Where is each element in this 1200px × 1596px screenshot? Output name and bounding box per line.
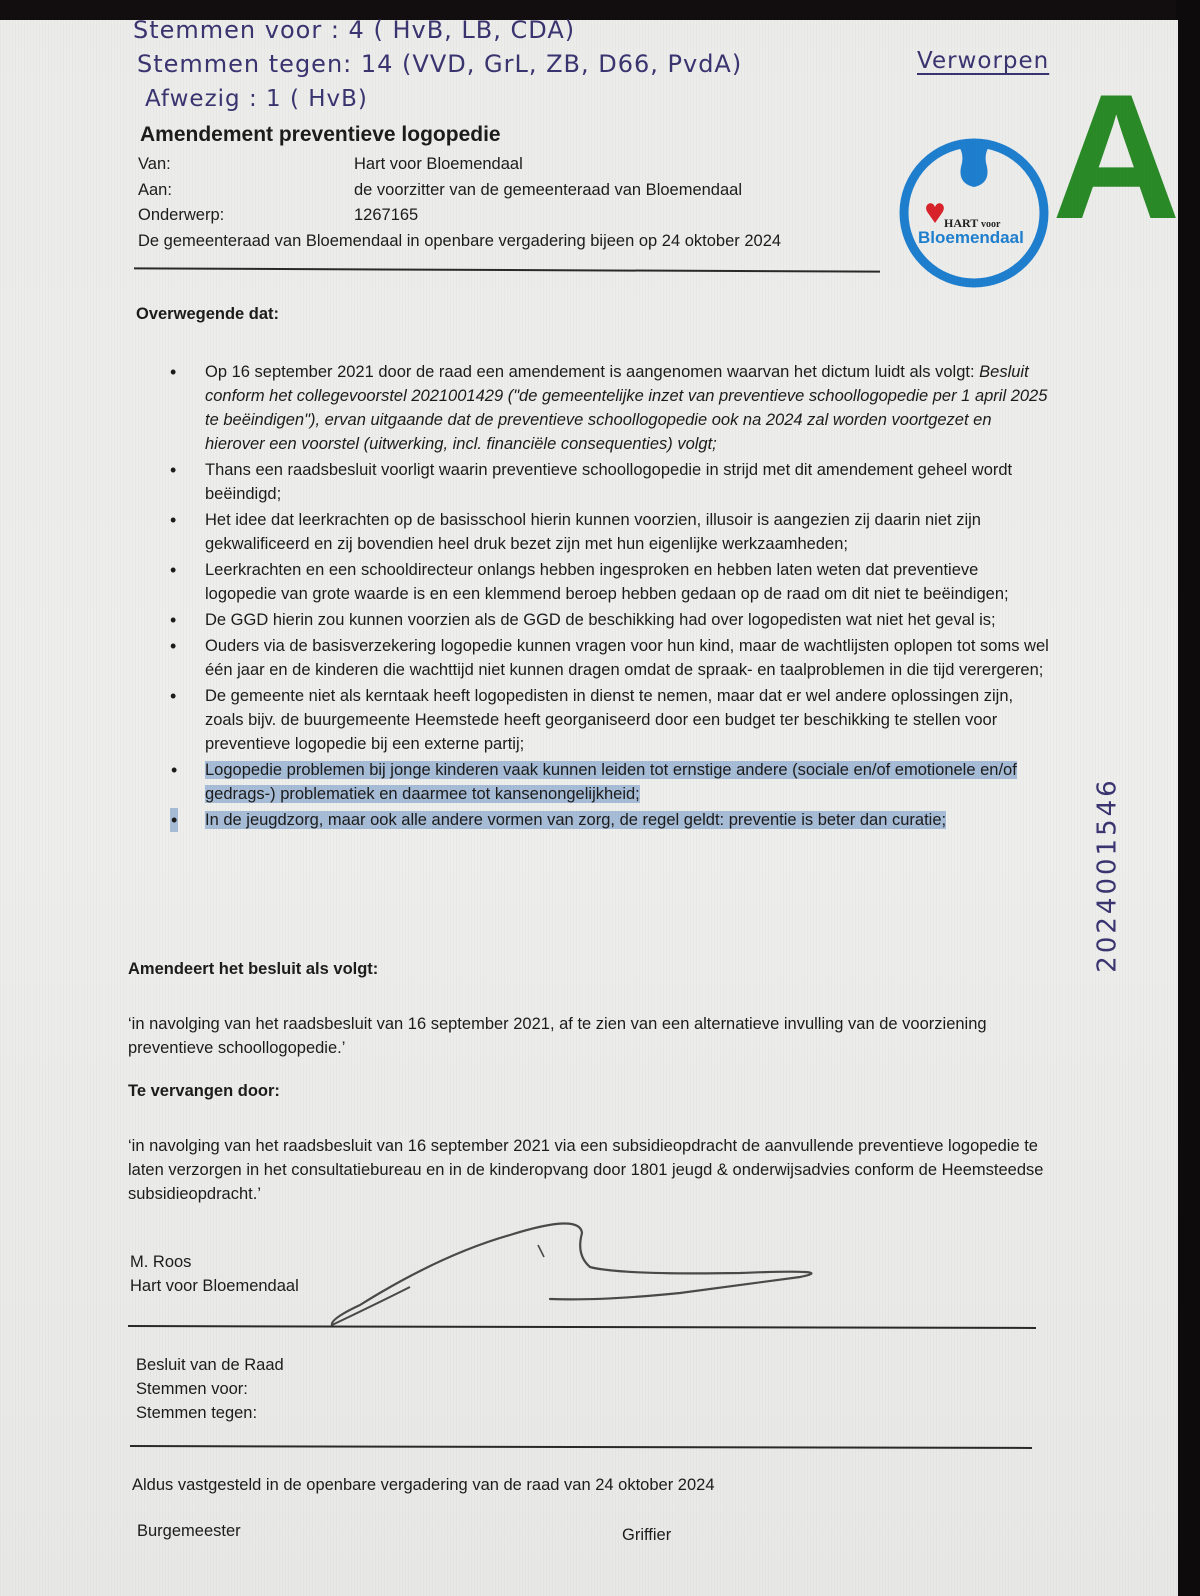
party-logo: HART voor Bloemendaal bbox=[898, 137, 1050, 289]
clerk-signature-label: Griffier bbox=[622, 1526, 671, 1545]
handwritten-verdict: Verworpen bbox=[917, 48, 1049, 74]
list-item: Thans een raadsbesluit voorligt waarin p… bbox=[170, 458, 1050, 506]
decision-votes-against: Stemmen tegen: bbox=[136, 1401, 284, 1425]
field-van: Van: Hart voor Bloemendaal bbox=[138, 152, 781, 178]
list-item: Het idee dat leerkrachten op de basissch… bbox=[170, 508, 1050, 556]
list-item: Op 16 september 2021 door de raad een am… bbox=[170, 360, 1050, 456]
field-onderwerp: Onderwerp: 1267165 bbox=[138, 203, 781, 229]
decision-title: Besluit van de Raad bbox=[136, 1353, 284, 1377]
header-fields: Van: Hart voor Bloemendaal Aan: de voorz… bbox=[138, 152, 781, 254]
field-label: Aan: bbox=[138, 178, 354, 204]
signer-name: M. Roos bbox=[130, 1250, 299, 1274]
replacement-heading: Te vervangen door: bbox=[128, 1082, 280, 1101]
handwritten-votes-against: Stemmen tegen: 14 (VVD, GrL, ZB, D66, Pv… bbox=[137, 50, 742, 78]
document-page: Stemmen voor : 4 ( HvB, LB, CDA) Stemmen… bbox=[0, 20, 1178, 1596]
amendment-heading: Amendeert het besluit als volgt: bbox=[128, 960, 378, 979]
signer-party: Hart voor Bloemendaal bbox=[130, 1274, 299, 1298]
list-item: Leerkrachten en een schooldirecteur onla… bbox=[170, 558, 1050, 606]
considerations-heading: Overwegende dat: bbox=[136, 305, 279, 324]
list-item: De GGD hierin zou kunnen voorzien als de… bbox=[170, 608, 1050, 632]
mayor-signature-label: Burgemeester bbox=[137, 1522, 241, 1541]
field-label: Onderwerp: bbox=[138, 203, 354, 229]
field-aan: Aan: de voorzitter van de gemeenteraad v… bbox=[138, 178, 781, 204]
field-value: Hart voor Bloemendaal bbox=[354, 152, 523, 178]
svg-text:Bloemendaal: Bloemendaal bbox=[918, 228, 1024, 247]
divider bbox=[134, 267, 880, 272]
field-value: 1267165 bbox=[354, 203, 418, 229]
handwritten-registration-number: 2024001546 bbox=[1093, 777, 1123, 972]
list-item-highlighted[interactable]: In de jeugdzorg, maar ook alle andere vo… bbox=[170, 808, 1050, 832]
signer-block: M. Roos Hart voor Bloemendaal bbox=[130, 1250, 299, 1298]
list-item-highlighted[interactable]: Logopedie problemen bij jonge kinderen v… bbox=[170, 758, 1050, 806]
adoption-statement: Aldus vastgesteld in de openbare vergade… bbox=[132, 1476, 715, 1495]
considerations-list: Op 16 september 2021 door de raad een am… bbox=[170, 360, 1050, 834]
field-value: de voorzitter van de gemeenteraad van Bl… bbox=[354, 178, 742, 204]
divider bbox=[130, 1445, 1032, 1449]
drop-icon bbox=[956, 141, 992, 187]
field-label: Van: bbox=[138, 152, 354, 178]
attachment-letter-badge: A bbox=[1052, 68, 1181, 246]
replacement-text: ‘in navolging van het raadsbesluit van 1… bbox=[128, 1134, 1048, 1206]
original-text: ‘in navolging van het raadsbesluit van 1… bbox=[128, 1012, 1018, 1060]
meeting-line: De gemeenteraad van Bloemendaal in openb… bbox=[138, 229, 781, 255]
handwritten-votes-for: Stemmen voor : 4 ( HvB, LB, CDA) bbox=[133, 16, 575, 44]
signature bbox=[320, 1215, 840, 1335]
list-item: De gemeente niet als kerntaak heeft logo… bbox=[170, 684, 1050, 756]
list-item: Ouders via de basisverzekering logopedie… bbox=[170, 634, 1050, 682]
heart-icon bbox=[926, 203, 944, 223]
council-decision-block: Besluit van de Raad Stemmen voor: Stemme… bbox=[136, 1353, 284, 1425]
handwritten-absent: Afwezig : 1 ( HvB) bbox=[145, 86, 368, 112]
decision-votes-for: Stemmen voor: bbox=[136, 1377, 284, 1401]
document-title: Amendement preventieve logopedie bbox=[140, 123, 501, 147]
